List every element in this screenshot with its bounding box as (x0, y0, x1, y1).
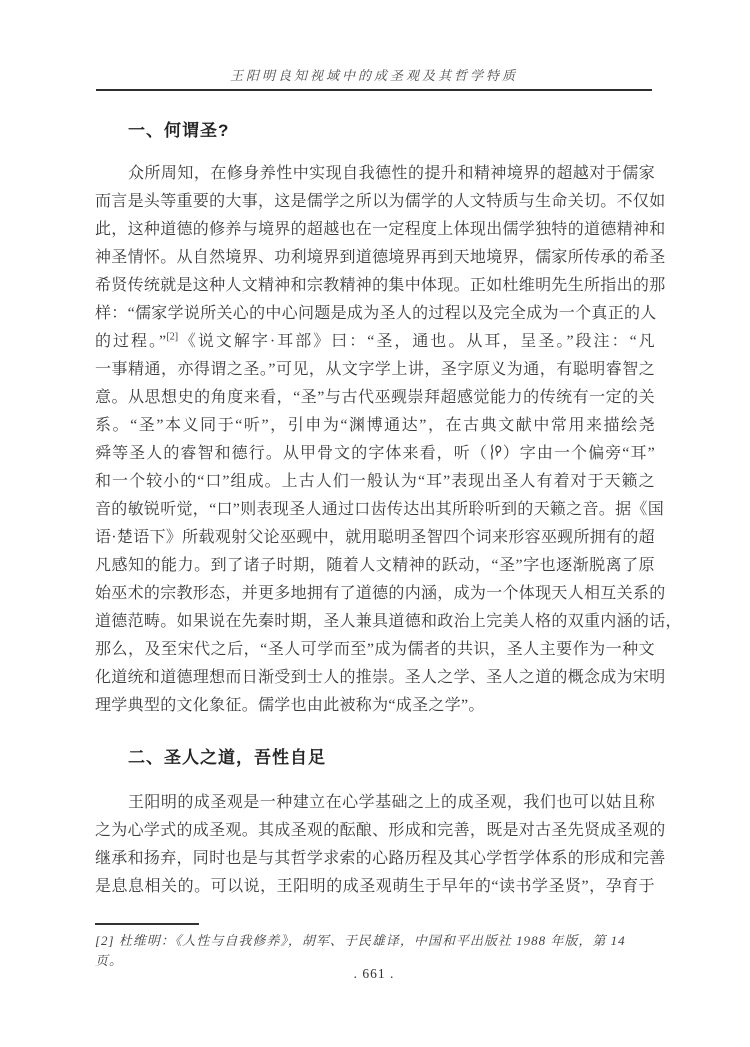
document-page: 王阳明良知视域中的成圣观及其哲学特质 一、何谓圣? 众所周知，在修身养性中实现自… (0, 0, 750, 1047)
text-line: 而言是头等重要的大事，这是儒学之所以为儒学的人文特质与生命关切。不仅如 (95, 188, 655, 216)
text-line: 是息息相关的。可以说，王阳明的成圣观萌生于早年的“读书学圣贤”，孕育于 (95, 873, 655, 901)
page-number: . 661 . (96, 966, 652, 982)
footnote: [2] 杜维明：《人性与自我修养》，胡军、于民雄译，中国和平出版社 1988 年… (95, 931, 655, 971)
footnote-separator-rule (95, 923, 199, 925)
section-1-paragraph: 众所周知，在修身养性中实现自我德性的提升和精神境界的超越对于儒家而言是头等重要的… (95, 160, 655, 720)
text-line: 继承和扬弃，同时也是与其哲学求索的心路历程及其心学哲学体系的形成和完善 (95, 845, 655, 873)
text-line: 始巫术的宗教形态，并更多地拥有了道德的内涵，成为一个体现天人相互关系的 (95, 580, 655, 608)
running-header: 王阳明良知视域中的成圣观及其哲学特质 (96, 65, 652, 84)
text-line: 舜等圣人的睿智和德行。从甲骨文的字体来看，听（）字由一个偏旁“耳” (95, 440, 655, 468)
text-line: 化道统和道德理想而日渐受到士人的推崇。圣人之学、圣人之道的概念成为宋明 (95, 664, 655, 692)
header-rule (96, 89, 652, 91)
text-line: 此，这种道德的修养与境界的超越也在一定程度上体现出儒学独特的道德精神和 (95, 216, 655, 244)
text-line: 王阳明的成圣观是一种建立在心学基础之上的成圣观，我们也可以姑且称 (95, 789, 655, 817)
text-line: 意。从思想史的角度来看，“圣”与古代巫觋崇拜超感觉能力的传统有一定的关 (95, 384, 655, 412)
text-line: 之为心学式的成圣观。其成圣观的酝酿、形成和完善，既是对古圣先贤成圣观的 (95, 817, 655, 845)
text-line: 一事精通，亦得谓之圣。”可见，从文字学上讲，圣字原义为通，有聪明睿智之 (95, 356, 655, 384)
footnote-ref-marker: [2] (166, 332, 178, 343)
oracle-bone-listen-glyph (488, 443, 502, 461)
text-line: 道德范畴。如果说在先秦时期，圣人兼具道德和政治上完美人格的双重内涵的话， (95, 608, 655, 636)
text-line: 希贤传统就是这种人文精神和宗教精神的集中体现。正如杜维明先生所指出的那 (95, 272, 655, 300)
text-line: 语·楚语下》所载观射父论巫觋中，就用聪明圣智四个词来形容巫觋所拥有的超 (95, 524, 655, 552)
text-line: 样：“儒家学说所关心的中心问题是成为圣人的过程以及完全成为一个真正的人 (95, 300, 655, 328)
text-line: 凡感知的能力。到了诸子时期，随着人文精神的跃动，“圣”字也逐渐脱离了原 (95, 552, 655, 580)
section-1-heading: 一、何谓圣? (95, 116, 688, 141)
section-2-heading: 二、圣人之道，吾性自足 (95, 743, 688, 768)
text-line: 的过程。”[2]《说文解字·耳部》曰：“圣，通也。从耳，呈圣。”段注：“凡 (95, 328, 655, 356)
text-line: 和一个较小的“口”组成。上古人们一般认为“耳”表现出圣人有着对于天籁之 (95, 468, 655, 496)
section-2-paragraph: 王阳明的成圣观是一种建立在心学基础之上的成圣观，我们也可以姑且称之为心学式的成圣… (95, 789, 655, 901)
text-line: 那么，及至宋代之后，“圣人可学而至”成为儒者的共识，圣人主要作为一种文 (95, 636, 655, 664)
text-line: 理学典型的文化象征。儒学也由此被称为“成圣之学”。 (95, 692, 655, 720)
text-line: 系。“圣”本义同于“听”，引申为“渊博通达”，在古典文献中常用来描绘尧 (95, 412, 655, 440)
text-line: 音的敏锐听觉，“口”则表现圣人通过口齿传达出其所聆听到的天籁之音。据《国 (95, 496, 655, 524)
text-line: 众所周知，在修身养性中实现自我德性的提升和精神境界的超越对于儒家 (95, 160, 655, 188)
text-line: 神圣情怀。从自然境界、功利境界到道德境界再到天地境界，儒家所传承的希圣 (95, 244, 655, 272)
